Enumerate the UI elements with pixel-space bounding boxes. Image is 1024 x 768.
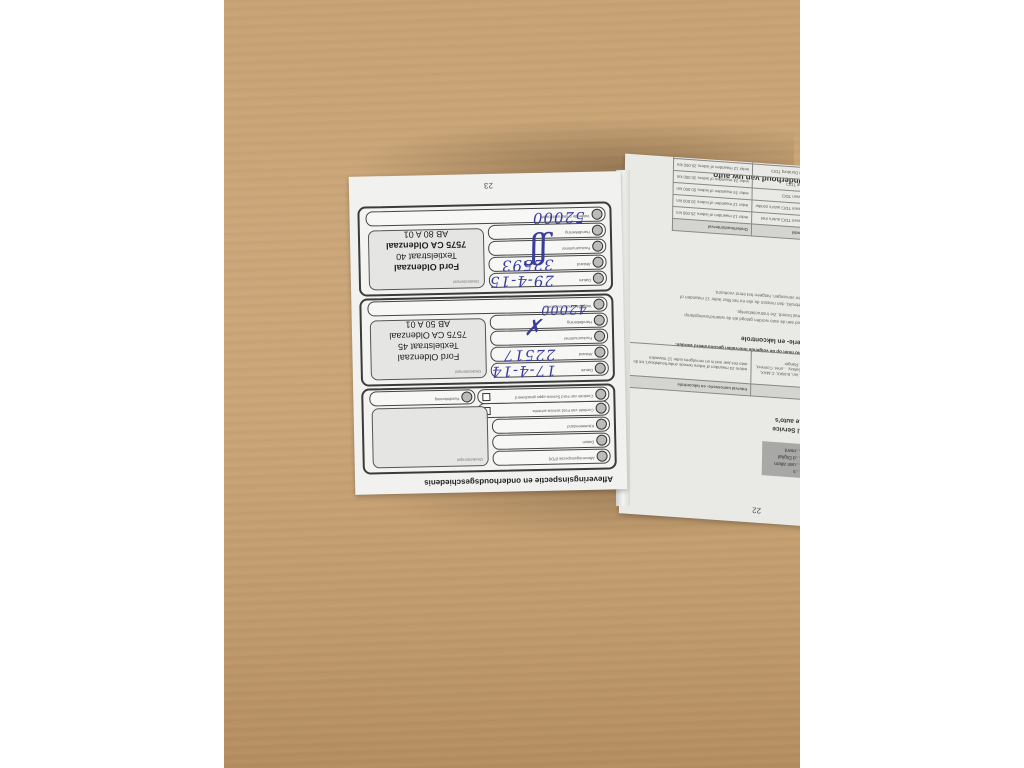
pdi-inspection-box: Afleveringsinspectie (PDI) Datum Kilomet…: [361, 383, 617, 474]
check-circle-icon: [594, 315, 605, 326]
photo-background: Onderhoud van uw auto ModelOnderhoudsint…: [224, 0, 800, 768]
service-entry-1: Datum17-4-14 Afstand22517 Factuurnummer …: [359, 293, 615, 386]
circle-icon: [592, 241, 603, 252]
circle-icon: [596, 435, 607, 446]
service-interval-table: ModelOnderhoudsinterval ...ssen TDCi aut…: [672, 154, 800, 241]
check-circle-icon: [595, 363, 606, 374]
next-service-field[interactable]: Volgende onderhoudsbeurt42000: [367, 296, 607, 316]
subheading: ...e auto's: [775, 416, 800, 425]
circle-icon: [592, 257, 603, 268]
circle-icon: [461, 391, 472, 402]
booklet-page-22: Onderhoud van uw auto ModelOnderhoudsint…: [619, 154, 800, 527]
dealer-stamp: Dealerstempel Ford Oldenzaal Textielstra…: [370, 318, 487, 380]
page-heading: Afleveringsinspectie en onderhoudsgeschi…: [424, 474, 613, 487]
next-service-field[interactable]: Volgende onderhoudsbeurt52000: [365, 207, 605, 227]
mileage-field[interactable]: Afstand22517: [490, 344, 608, 361]
circle-icon: [596, 451, 607, 462]
date-field[interactable]: Datum: [492, 432, 610, 449]
circle-icon: [595, 403, 606, 414]
circle-icon: [592, 225, 603, 236]
checkbox[interactable]: [482, 393, 490, 401]
page-number: 22: [752, 505, 761, 515]
dealer-stamp-area: Dealerstempel: [372, 406, 489, 468]
page-number: 23: [484, 181, 493, 190]
info-box: ...s ...uan allem ...d Digital ...ment: [762, 441, 800, 478]
circle-icon: [594, 331, 605, 342]
section-title: ...erie- en lakcontrole: [741, 335, 800, 347]
check-circle-icon: [593, 299, 604, 310]
booklet-page-23: 23 Afleveringsinspectie en onderhoudsges…: [349, 171, 628, 495]
handwritten-signature: ✗: [523, 316, 542, 341]
circle-icon: [596, 419, 607, 430]
apps-check-field[interactable]: Controle van Ford Service-apps geactivee…: [477, 386, 609, 404]
service-entry-2: Datum29-4-15 Afstand32593 Factuurnummer …: [357, 201, 613, 296]
invoice-field[interactable]: Factuurnummer: [490, 328, 608, 345]
mileage-field[interactable]: Kilometerstand: [492, 416, 610, 433]
circle-icon: [595, 389, 606, 400]
pdi-field[interactable]: Afleveringsinspectie (PDI): [492, 448, 610, 465]
dealer-stamp: Dealerstempel Ford Oldenzaal Textielstra…: [368, 228, 485, 290]
check-circle-icon: [594, 347, 605, 358]
subheading: ...l Service: [772, 425, 800, 434]
handwritten-signature: ʃʃ: [529, 227, 548, 267]
circle-icon: [593, 273, 604, 284]
circle-icon: [591, 209, 602, 220]
signature-field[interactable]: Handtekening: [369, 389, 475, 406]
